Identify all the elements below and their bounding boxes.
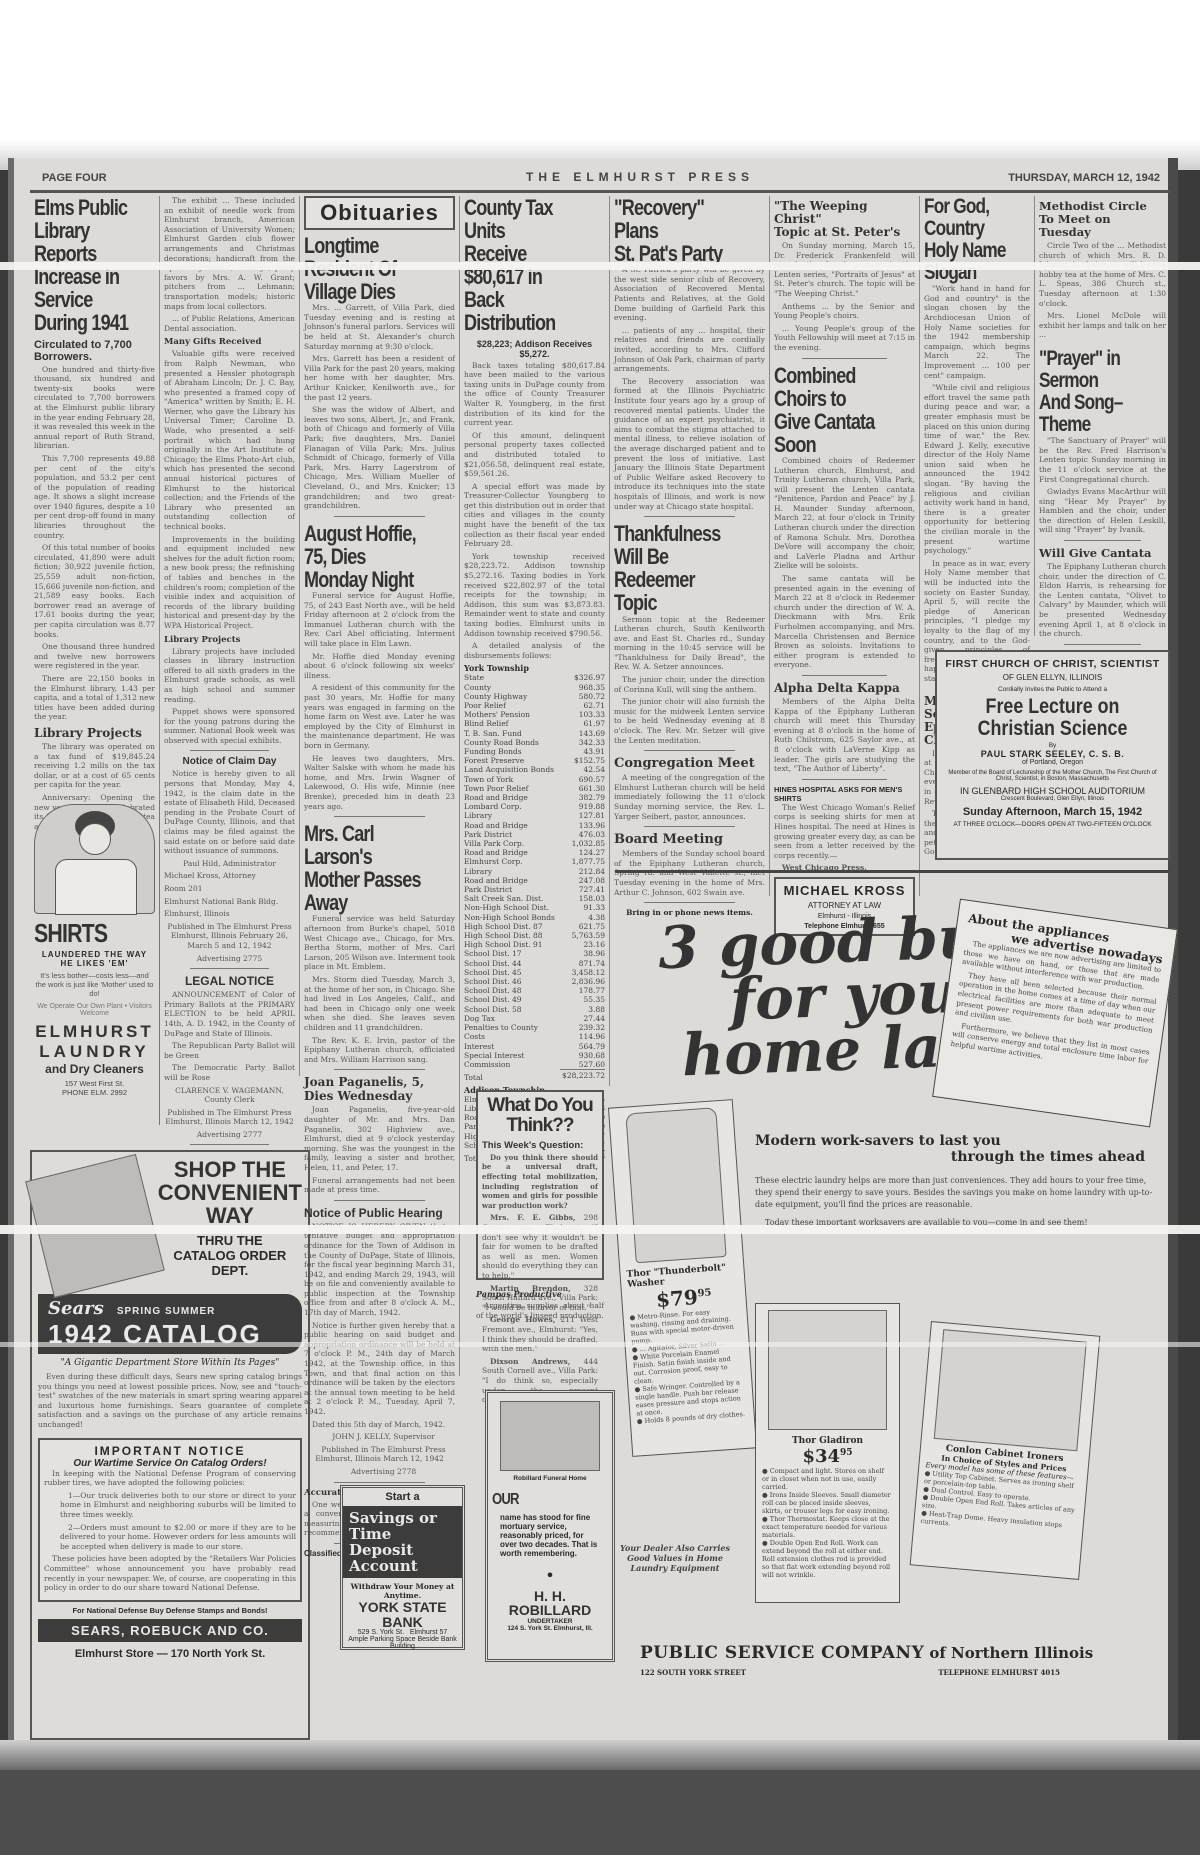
man-with-shirt-illustration bbox=[34, 804, 155, 914]
table-row: School Dist. 462,836.96 bbox=[464, 977, 605, 986]
table-row: Non-High School Dist.91.33 bbox=[464, 903, 605, 912]
column-church-news: "The Weeping Christ" Topic at St. Peter'… bbox=[770, 196, 920, 896]
table-row: High School Dist. 885,763.59 bbox=[464, 931, 605, 940]
table-row: Non-High School Bonds4.38 bbox=[464, 913, 605, 922]
table-row: Park District476.03 bbox=[464, 830, 605, 839]
important-notice-box: IMPORTANT NOTICE Our Wartime Service On … bbox=[38, 1438, 302, 1602]
page-number: PAGE FOUR bbox=[42, 172, 107, 184]
issue-date: THURSDAY, MARCH 12, 1942 bbox=[1008, 172, 1160, 184]
column-recovery: "Recovery" Plans St. Pat's Party A St. P… bbox=[610, 196, 770, 896]
table-row: Mothers' Pension103.33 bbox=[464, 710, 605, 719]
elmhurst-laundry-ad: SHIRTS LAUNDERED THE WAY HE LIKES 'EM' I… bbox=[30, 800, 160, 1125]
answer: Mrs. F. E. Gibbs, 298 Geneva ave., Elmhu… bbox=[482, 1213, 598, 1280]
masthead-rule bbox=[30, 190, 1170, 193]
table-row: Blind Relief61.97 bbox=[464, 719, 605, 728]
feature-item: ● Irons Inside Sleeves. Small diameter r… bbox=[762, 1491, 893, 1515]
sears-company-band: SEARS, ROEBUCK AND CO. bbox=[38, 1619, 302, 1642]
pampas-item: Pampas Productive Argentina supplies abo… bbox=[476, 1285, 604, 1323]
table-row: School Dist. 453,458.12 bbox=[464, 968, 605, 977]
table-row: Road and Bridge382.79 bbox=[464, 793, 605, 802]
york-disbursement-table: State$326.97County968.35County Highway58… bbox=[464, 673, 605, 1081]
table-row: Elmhurst Corp.1,877.75 bbox=[464, 857, 605, 866]
robillard-funeral-ad: Robillard Funeral Home OUR name has stoo… bbox=[485, 1390, 615, 1662]
table-row: Library127.81 bbox=[464, 811, 605, 820]
conlon-ironer-card: Conlon Cabinet Ironers In Choice of Styl… bbox=[910, 1321, 1101, 1580]
table-row: County968.35 bbox=[464, 683, 605, 692]
table-row: Road and Bridge124.27 bbox=[464, 848, 605, 857]
table-row: School Dist. 48178.77 bbox=[464, 986, 605, 995]
washer-illustration bbox=[625, 1107, 726, 1263]
obituaries-banner: Obituaries bbox=[308, 200, 451, 226]
table-row: Salt Creek San. Dist.158.03 bbox=[464, 894, 605, 903]
feature-item: ● Double Open End Roll. Work can extend … bbox=[762, 1539, 893, 1579]
table-row: School Dist. 583.88 bbox=[464, 1005, 605, 1014]
table-row: Villa Park Corp.1,032.85 bbox=[464, 839, 605, 848]
christian-science-lecture-ad: FIRST CHURCH OF CHRIST, SCIENTIST OF GLE… bbox=[935, 650, 1170, 860]
table-row: Road and Bridge133.96 bbox=[464, 821, 605, 830]
table-row: Dog Tax27.44 bbox=[464, 1014, 605, 1023]
what-do-you-think-box: What Do You Think?? This Week's Question… bbox=[476, 1090, 604, 1280]
scan-tear bbox=[0, 262, 1200, 270]
sears-catalog-ad: SHOP THE CONVENIENT WAY THRU THE CATALOG… bbox=[30, 1150, 310, 1740]
table-row: County Road Bonds342.33 bbox=[464, 738, 605, 747]
table-row: High School Dist. 87621.75 bbox=[464, 922, 605, 931]
table-row: Town Poor Relief661.30 bbox=[464, 784, 605, 793]
scan-top-margin bbox=[0, 0, 1200, 165]
table-row: School Dist. 44871.74 bbox=[464, 959, 605, 968]
table-row: Funding Bonds43.91 bbox=[464, 747, 605, 756]
funeral-home-illustration bbox=[500, 1401, 600, 1471]
appliances-note: About the appliances we advertise nowada… bbox=[932, 899, 1178, 1128]
table-row: Special Interest930.68 bbox=[464, 1051, 605, 1060]
table-row: High School Dist. 9123.16 bbox=[464, 940, 605, 949]
scan-tear bbox=[0, 1225, 1200, 1234]
table-row: State$326.97 bbox=[464, 673, 605, 682]
column-obituaries: Obituaries Longtime Resident Of Village … bbox=[300, 196, 460, 1376]
column-county-tax: County Tax Units Receive $80,617 in Back… bbox=[460, 196, 610, 1086]
library-article: Elms Public Library Reports Increase in … bbox=[34, 196, 155, 831]
notice-of-claim-day: Notice of Claim Day Notice is hereby giv… bbox=[164, 756, 295, 963]
scan-tear bbox=[0, 1342, 1200, 1347]
table-row: Penalties to County239.32 bbox=[464, 1023, 605, 1032]
table-row: School Dist. 1738.96 bbox=[464, 949, 605, 958]
table-row: T. B. San. Fund143.69 bbox=[464, 729, 605, 738]
feature-item: ● Compact and light. Stores on shelf or … bbox=[762, 1467, 893, 1491]
table-row: Commission527.60 bbox=[464, 1060, 605, 1070]
table-row: Town of York690.57 bbox=[464, 775, 605, 784]
table-row: Park District727.41 bbox=[464, 885, 605, 894]
newspaper-name: THE ELMHURST PRESS bbox=[430, 170, 850, 184]
table-row: Total$28,223.72 bbox=[464, 1070, 605, 1082]
public-service-company-ad: 3 good buys for your home laundry About … bbox=[615, 870, 1170, 1740]
table-row: Interest564.79 bbox=[464, 1042, 605, 1051]
gladiron-illustration bbox=[768, 1310, 887, 1430]
scan-bottom-margin bbox=[0, 1740, 1200, 1855]
table-row: Land Acquisition Bonds42.54 bbox=[464, 765, 605, 774]
table-row: School Dist. 4955.35 bbox=[464, 995, 605, 1004]
table-row: County Highway580.72 bbox=[464, 692, 605, 701]
table-row: Library212.84 bbox=[464, 867, 605, 876]
table-row: Costs114.96 bbox=[464, 1032, 605, 1041]
column-exhibit-notices: The exhibit ... These included an exhibi… bbox=[160, 196, 300, 1076]
thor-gladiron-card: Thor Gladiron $3495 ● Compact and light.… bbox=[755, 1303, 900, 1603]
masthead: PAGE FOUR THE ELMHURST PRESS THURSDAY, M… bbox=[30, 170, 1170, 192]
table-row: Forest Preserve$152.75 bbox=[464, 756, 605, 765]
subhead: Circulated to 7,700 Borrowers. bbox=[34, 339, 155, 363]
feature-item: ● Thor Thermostat. Keeps close at the ex… bbox=[762, 1515, 893, 1539]
thor-washer-card: Thor "Thunderbolt" Washer $7995 ● Metro-… bbox=[608, 1099, 757, 1457]
ironer-illustration bbox=[934, 1329, 1087, 1451]
york-state-bank-ad: Start a Savings or Time Deposit Account … bbox=[340, 1485, 465, 1650]
table-row: Lombard Corp.919.88 bbox=[464, 802, 605, 811]
table-row: Road and Bridge247.08 bbox=[464, 876, 605, 885]
legal-notice: LEGAL NOTICE ANNOUNCEMENT of Color of Pr… bbox=[164, 974, 295, 1139]
table-row: Poor Relief62.71 bbox=[464, 701, 605, 710]
